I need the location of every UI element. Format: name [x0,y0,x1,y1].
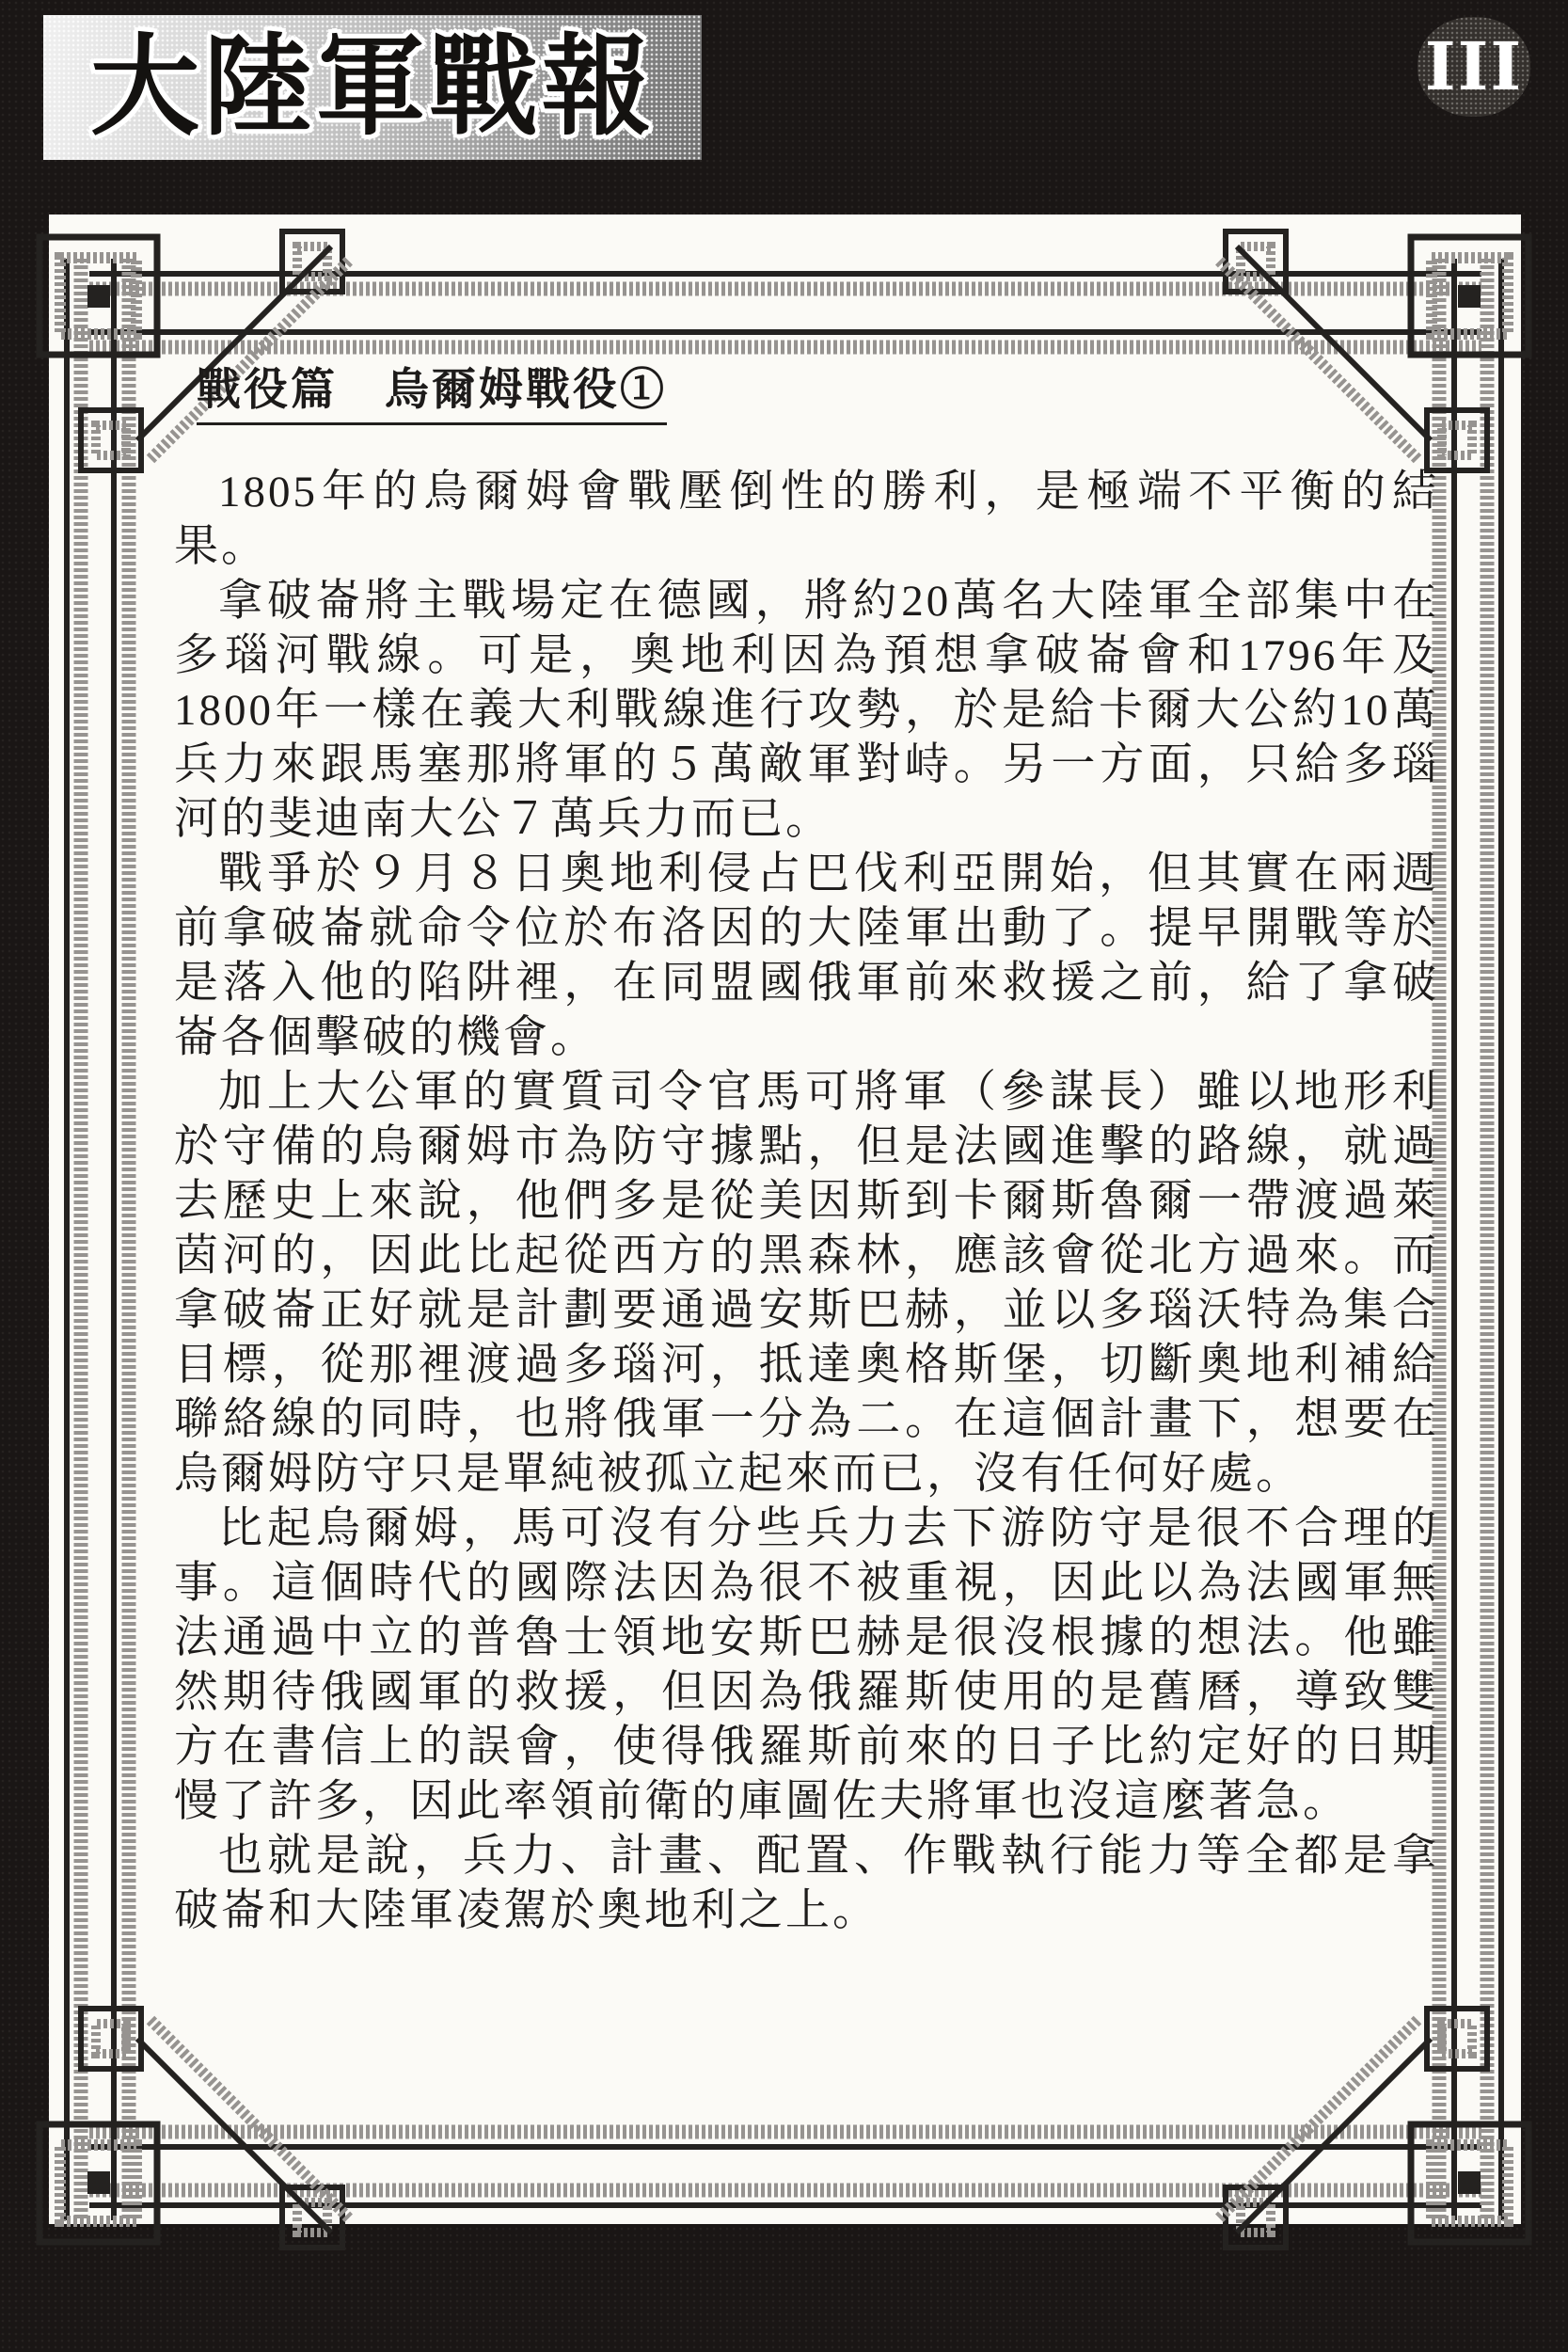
paragraph: 加上大公軍的實質司令官馬可將軍（參謀長）雖以地形利於守備的烏爾姆市為防守據點，但… [174,1065,1439,1502]
article: 戰役篇 烏爾姆戰役① 1805年的烏爾姆會戰壓倒性的勝利，是極端不平衡的結果。 … [174,365,1439,1938]
paragraph: 戰爭於９月８日奧地利侵占巴伐利亞開始，但其實在兩週前拿破崙就命令位於布洛因的大陸… [174,847,1439,1065]
paragraph: 比起烏爾姆，馬可沒有分些兵力去下游防守是很不合理的事。這個時代的國際法因為很不被… [174,1502,1439,1829]
page-number: III [1425,34,1523,100]
scanned-book-page: 大陸軍戰報 III [0,0,1568,2352]
paragraph: 拿破崙將主戰場定在德國，將約20萬名大陸軍全部集中在多瑙河戰線。可是，奧地利因為… [174,574,1439,847]
paragraph: 也就是說，兵力、計畫、配置、作戰執行能力等全都是拿破崙和大陸軍凌駕於奧地利之上。 [174,1829,1439,1938]
page-number-badge: III [1418,17,1530,117]
section-heading: 戰役篇 烏爾姆戰役① [197,365,667,425]
paragraph: 1805年的烏爾姆會戰壓倒性的勝利，是極端不平衡的結果。 [174,465,1439,574]
masthead-title-block: 大陸軍戰報 [43,15,702,160]
masthead-title: 大陸軍戰報 [90,33,655,142]
